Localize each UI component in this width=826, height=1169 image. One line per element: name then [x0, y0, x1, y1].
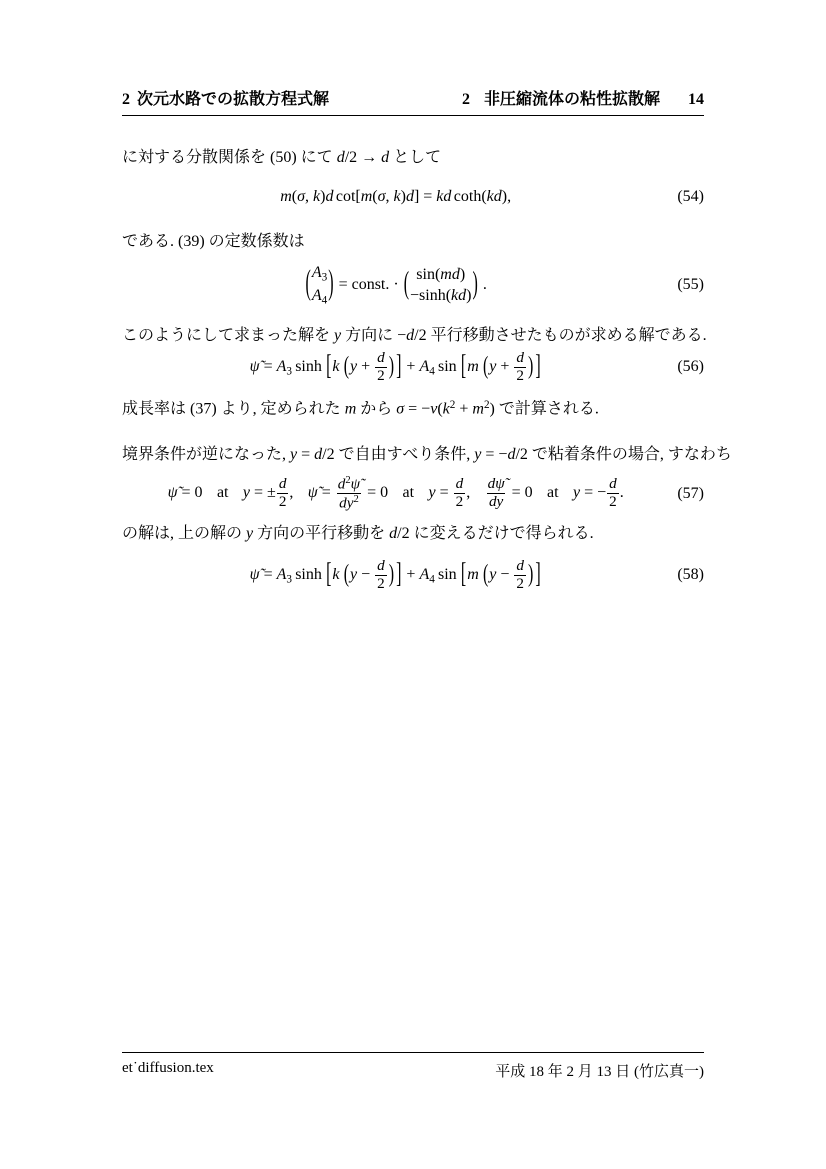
footer-filename: et˙diffusion.tex — [122, 1060, 214, 1081]
running-title: 2次元水路での拡散方程式解 — [122, 86, 329, 109]
paragraph-coefficients: である. (39) の定数係数は — [122, 229, 704, 254]
equation-number: (55) — [677, 276, 704, 294]
equation-number: (56) — [677, 358, 704, 376]
equation-body: ψ̃ = 0aty = ±d2,ψ̃ = d2ψ̃dy2 = 0aty = d2… — [122, 475, 669, 512]
paragraph-boundary-conditions: 境界条件が逆になった, y = d/2 で自由すべり条件, y = −d/2 で… — [122, 442, 704, 467]
paragraph-dispersion: に対する分散関係を (50) にて d/2 → d として — [122, 145, 704, 170]
equation-body: ψ̃ = A3sinh[k(y − d2)] + A4sin[m(y − d2)… — [122, 558, 669, 592]
running-section: 2 非圧縮流体の粘性拡散解 14 — [462, 86, 704, 109]
footer-date: 平成 18 年 2 月 13 日 (竹広真一) — [495, 1060, 704, 1081]
running-title-number: 2 — [122, 91, 130, 108]
equation-number: (57) — [677, 485, 704, 503]
page-footer: et˙diffusion.tex 平成 18 年 2 月 13 日 (竹広真一) — [122, 1052, 704, 1081]
section-number: 2 — [462, 91, 470, 109]
equation-57: ψ̃ = 0aty = ±d2,ψ̃ = d2ψ̃dy2 = 0aty = d2… — [122, 475, 704, 512]
equation-55: (A3A4) = const. · (sin(md)−sinh(kd)). (5… — [122, 262, 704, 309]
equation-body: (A3A4) = const. · (sin(md)−sinh(kd)). — [122, 262, 669, 309]
equation-body: ψ̃ = A3sinh[k(y + d2)] + A4sin[m(y + d2)… — [122, 350, 669, 384]
paragraph-translation: このようにして求まった解を y 方向に −d/2 平行移動させたものが求める解で… — [122, 323, 704, 348]
section-title: 非圧縮流体の粘性拡散解 — [484, 86, 660, 109]
document-page: 2次元水路での拡散方程式解 2 非圧縮流体の粘性拡散解 14 に対する分散関係を… — [0, 0, 826, 1169]
equation-54: m(σ, k)dcot[m(σ, k)d] = kdcoth(kd), (54) — [122, 184, 704, 210]
running-title-text: 次元水路での拡散方程式解 — [137, 91, 329, 108]
equation-56: ψ̃ = A3sinh[k(y + d2)] + A4sin[m(y + d2)… — [122, 350, 704, 384]
paragraph-growth-rate: 成長率は (37) より, 定められた m から σ = −ν(k2 + m2)… — [122, 393, 704, 422]
page-number: 14 — [688, 91, 704, 109]
equation-body: m(σ, k)dcot[m(σ, k)d] = kdcoth(kd), — [122, 186, 669, 208]
equation-number: (54) — [677, 188, 704, 206]
equation-58: ψ̃ = A3sinh[k(y − d2)] + A4sin[m(y − d2)… — [122, 558, 704, 592]
paragraph-shifted-solution: の解は, 上の解の y 方向の平行移動を d/2 に変えるだけで得られる. — [122, 521, 704, 546]
equation-number: (58) — [677, 566, 704, 584]
page-header: 2次元水路での拡散方程式解 2 非圧縮流体の粘性拡散解 14 — [122, 86, 704, 116]
